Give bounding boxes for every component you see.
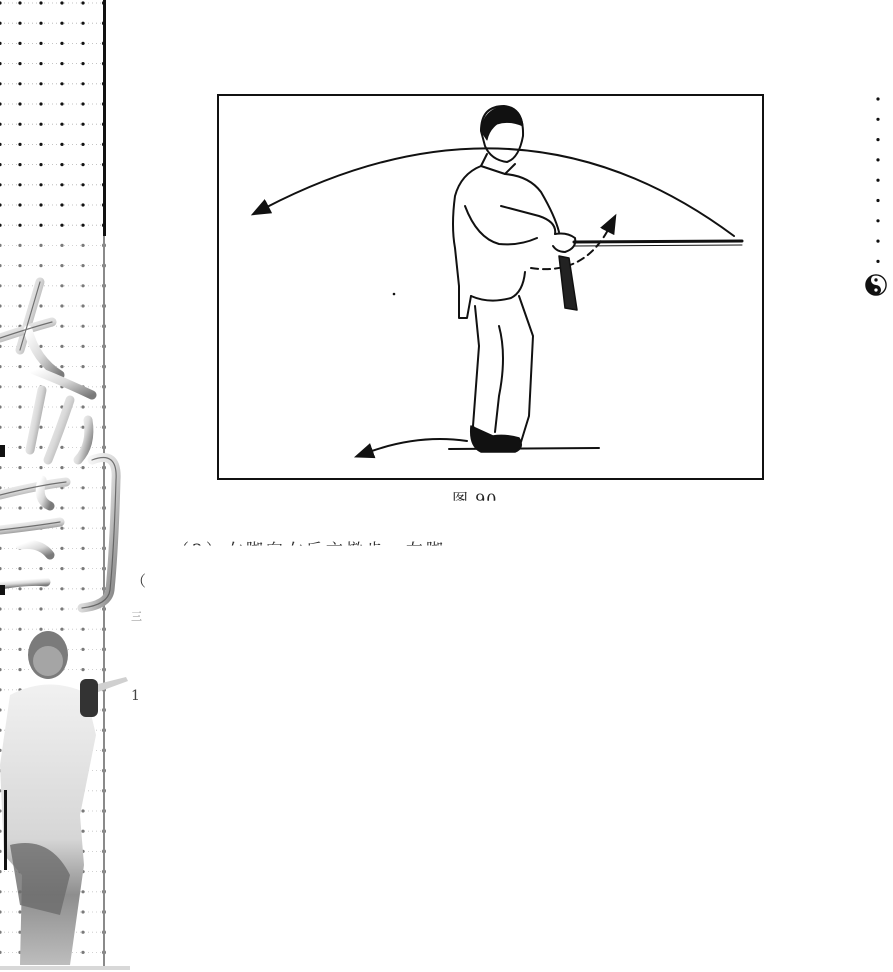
- figure-caption: 图 90: [452, 487, 497, 510]
- yin-yang-icon: [865, 274, 887, 296]
- text-fragment: （: [131, 570, 146, 591]
- text-fragment: 1: [131, 688, 140, 704]
- text-fragment: 三: [131, 608, 142, 624]
- master-photo: [0, 615, 130, 967]
- tai-chi-illustration: [219, 96, 766, 482]
- sidebar-baseline: [0, 966, 130, 970]
- decorative-sidebar: [0, 0, 106, 972]
- right-margin-dots: [872, 90, 884, 270]
- calligraphy-title-graphic: [0, 270, 130, 620]
- instruction-figure: [217, 94, 764, 480]
- sidebar-rule-dark: [103, 0, 106, 236]
- sweep-arc-arrow: [265, 148, 734, 236]
- ground-arc-arrow: [369, 439, 467, 452]
- body-text-line: （2）右脚向右后方撤步，左脚: [172, 536, 446, 561]
